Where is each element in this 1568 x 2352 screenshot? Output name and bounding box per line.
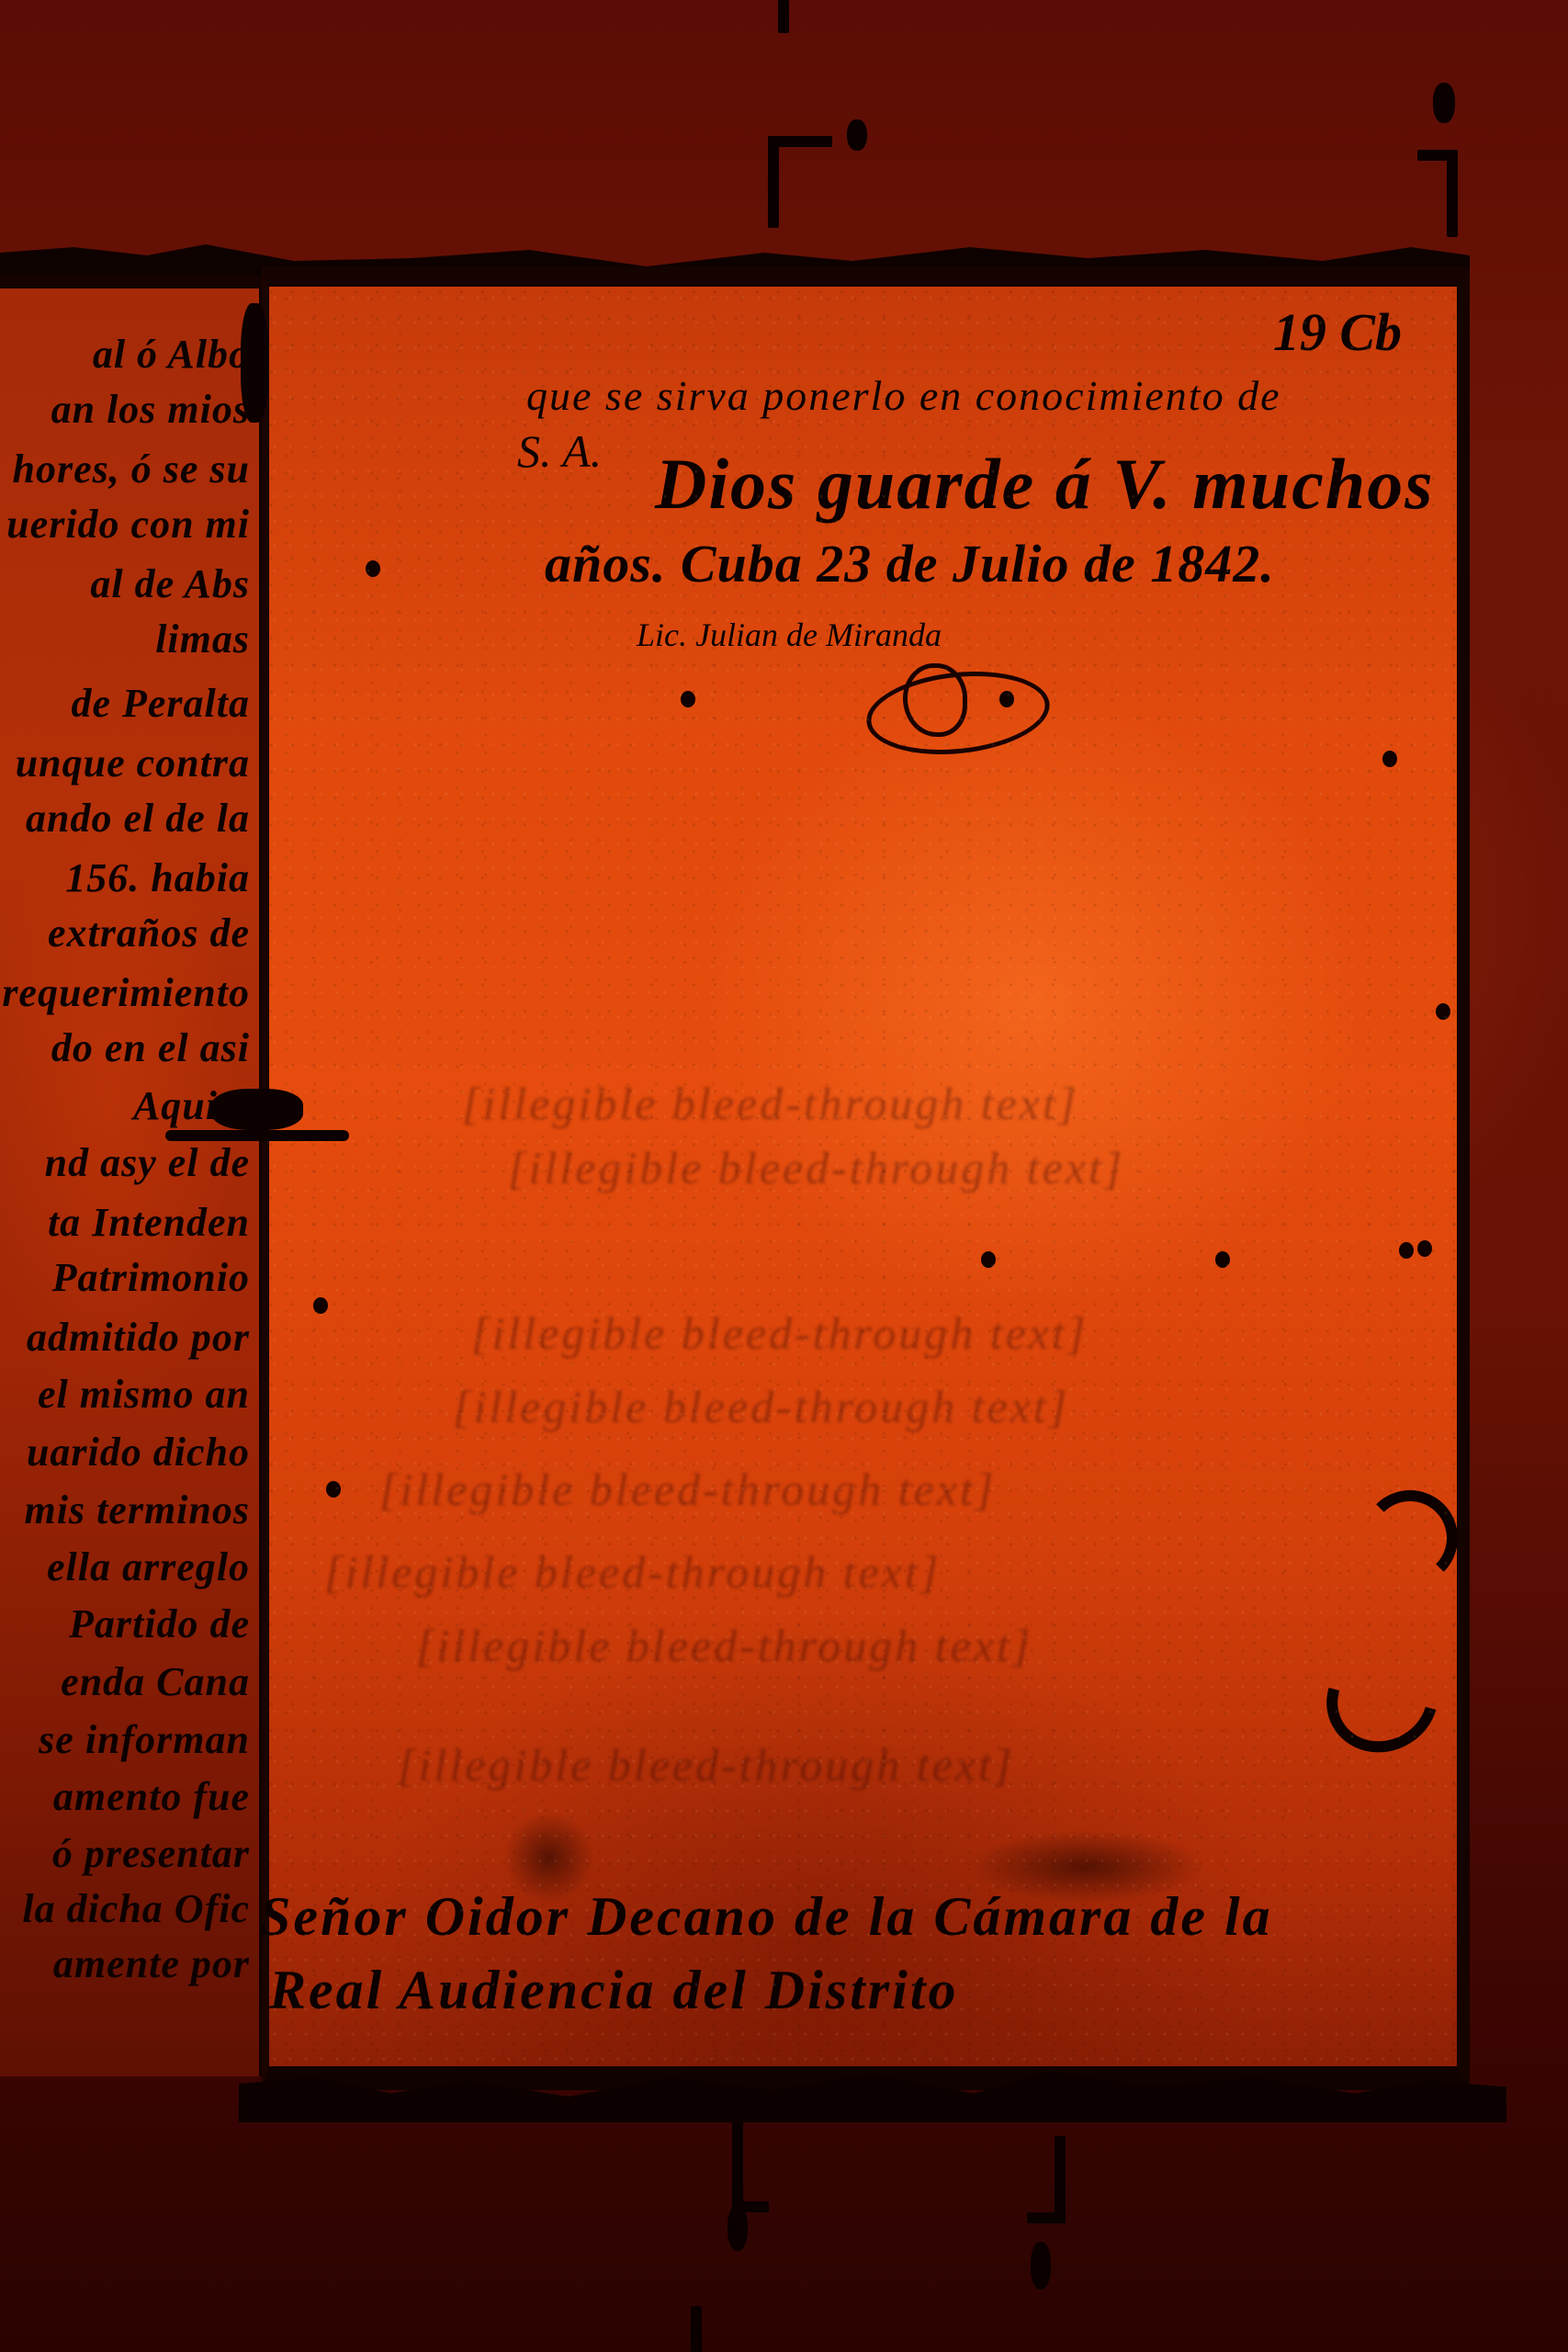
signer-name: Lic. Julian de Miranda bbox=[637, 616, 942, 654]
binding-hole bbox=[981, 1251, 996, 1268]
crop-mark-top-right-v bbox=[1447, 150, 1458, 237]
left-folio-line: de Peralta bbox=[0, 680, 259, 727]
crop-mark-bottom-right-v bbox=[1055, 2136, 1066, 2223]
left-folio-line: la dicha Ofic bbox=[0, 1885, 259, 1932]
binding-hole bbox=[1399, 1242, 1414, 1259]
date-line: años. Cuba 23 de Julio de 1842. bbox=[545, 533, 1275, 594]
bleed-through-text: [illegible bleed-through text] bbox=[453, 1380, 1069, 1433]
crop-mark-top-left-v bbox=[768, 136, 779, 228]
left-folio-line: se informan bbox=[0, 1716, 259, 1763]
left-folio-line: admitido por bbox=[0, 1314, 259, 1361]
bleed-through-text: [illegible bleed-through text] bbox=[416, 1619, 1032, 1672]
left-adjacent-folio: al ó Albo an los mios hores, ó se su uer… bbox=[0, 276, 268, 2076]
binding-hole bbox=[366, 560, 380, 577]
bleed-through-text: [illegible bleed-through text] bbox=[379, 1463, 996, 1516]
left-folio-line: Partido de bbox=[0, 1600, 259, 1647]
signature-rubric-loop-icon bbox=[903, 663, 967, 737]
left-folio-line: nd asy el de bbox=[0, 1139, 259, 1186]
left-folio-line: ta Intenden bbox=[0, 1199, 259, 1246]
edge-damage-mark bbox=[1307, 1625, 1458, 1773]
left-folio-line: al ó Albo bbox=[0, 331, 259, 378]
bleed-through-text: [illegible bleed-through text] bbox=[471, 1306, 1088, 1360]
left-folio-line: al de Abs bbox=[0, 560, 259, 607]
left-folio-line: el mismo an bbox=[0, 1371, 259, 1418]
folio-number: 19 Cb bbox=[1273, 301, 1402, 363]
left-folio-line: hores, ó se su bbox=[0, 446, 259, 492]
left-folio-line: an los mios bbox=[0, 386, 259, 433]
crop-mark-bottom-left-v2 bbox=[691, 2306, 702, 2352]
bleed-through-text: [illegible bleed-through text] bbox=[462, 1077, 1078, 1130]
ink-stain bbox=[503, 1812, 595, 1904]
binding-hole bbox=[1382, 751, 1397, 767]
thread-mark bbox=[165, 1130, 349, 1141]
crop-mark-bottom-left-v bbox=[732, 2113, 743, 2205]
left-folio-line: uarido dicho bbox=[0, 1429, 259, 1476]
left-folio-line: limas bbox=[0, 616, 259, 662]
binding-hole bbox=[1436, 1003, 1450, 1020]
binding-hole bbox=[999, 691, 1014, 707]
main-folio-page: 19 Cb que se sirva ponerlo en conocimien… bbox=[262, 266, 1470, 2090]
binding-hole bbox=[681, 691, 695, 707]
addressee-line: Real Audiencia del Distrito bbox=[269, 1959, 958, 2022]
registration-number-bottom-left bbox=[728, 2205, 748, 2251]
thread-knot bbox=[211, 1089, 303, 1130]
left-folio-line: mis terminos bbox=[0, 1487, 259, 1533]
bleed-through-text: [illegible bleed-through text] bbox=[324, 1545, 941, 1599]
left-folio-line: Patrimonio bbox=[0, 1254, 259, 1301]
left-folio-line: ando el de la bbox=[0, 795, 259, 842]
left-folio-line: ella arreglo bbox=[0, 1543, 259, 1590]
left-folio-line: extraños de bbox=[0, 910, 259, 956]
binding-hole bbox=[1417, 1240, 1432, 1257]
left-folio-line: 156. habia bbox=[0, 854, 259, 901]
left-folio-line: enda Cana bbox=[0, 1658, 259, 1705]
left-folio-line: requerimiento bbox=[0, 969, 259, 1016]
letter-line: que se sirva ponerlo en conocimiento de bbox=[526, 371, 1280, 420]
registration-number-top-left bbox=[847, 119, 867, 151]
crop-mark-bottom-right-h bbox=[1027, 2212, 1064, 2223]
binding-hole bbox=[313, 1297, 328, 1314]
registration-number-top-right bbox=[1433, 83, 1455, 123]
binding-hole bbox=[1215, 1251, 1230, 1268]
left-folio-line: ó presentar bbox=[0, 1830, 259, 1877]
bleed-through-text: [illegible bleed-through text] bbox=[398, 1738, 1014, 1792]
left-folio-line: amento fue bbox=[0, 1773, 259, 1820]
left-folio-line: unque contra bbox=[0, 740, 259, 786]
letter-line: S. A. bbox=[517, 424, 602, 478]
closing-salutation: Dios guarde á V. muchos bbox=[655, 443, 1435, 526]
ink-stain bbox=[967, 1830, 1206, 1904]
spine-knot bbox=[241, 303, 268, 423]
bleed-through-text: [illegible bleed-through text] bbox=[508, 1141, 1124, 1194]
left-folio-line: amente por bbox=[0, 1940, 259, 1987]
edge-damage-mark bbox=[1362, 1490, 1458, 1586]
registration-number-bottom-right bbox=[1031, 2242, 1051, 2290]
binding-hole bbox=[326, 1481, 341, 1498]
left-folio-line: uerido con mi bbox=[0, 501, 259, 548]
left-folio-line: do en el asi bbox=[0, 1024, 259, 1071]
crop-mark-top-center bbox=[778, 0, 789, 33]
